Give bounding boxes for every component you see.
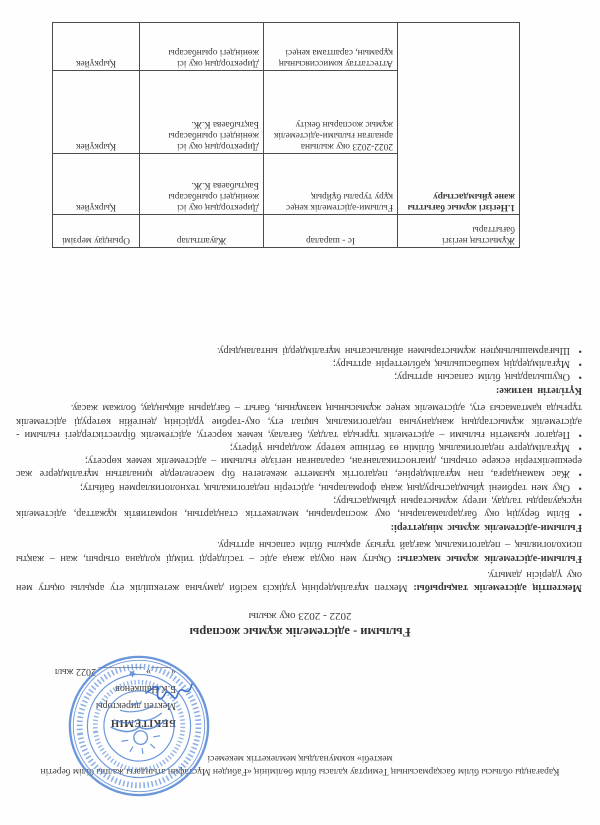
responsible-cell: Директордың оқу ісі жөніндегі орынбасары… <box>140 71 264 154</box>
document-title: Ғылыми - әдістемелік жұмыс жоспары <box>0 624 600 639</box>
task-item: •Жас мамандарға, пән мұғалімдеріне, педа… <box>16 454 582 480</box>
task-item: •Білім берудің оқу бағдарламаларын, оқу … <box>16 494 582 520</box>
bullet-icon: • <box>570 357 582 370</box>
tasks-heading: Ғылыми-әдістемелік жұмыс міндеттері: <box>16 521 582 534</box>
outcomes-heading: Күтілетін нәтиже: <box>16 384 582 397</box>
document-body: Мектептің әдістемелік тақырыбы: Мектеп м… <box>16 343 582 594</box>
bullet-icon: • <box>570 441 582 454</box>
table-header-activities: Іс - шаралар <box>264 215 398 248</box>
scanned-document-sheet: Қарағанды облысы білім басқармасының Тем… <box>0 0 600 825</box>
term-cell: Қыркүйек <box>53 71 140 154</box>
bullet-icon: • <box>570 343 582 356</box>
term-cell: Қыркүйек <box>53 154 140 215</box>
bullet-icon: • <box>570 467 582 480</box>
goal-label: Ғылыми-әдістемелік жұмыс мақсаты: <box>397 553 582 564</box>
outcome-item: •Оқушылардың білім сапасын арттыру; <box>16 370 582 383</box>
outcome-item: •Шығармашылықпен жұмыстарымен айналысаты… <box>16 343 582 356</box>
goal-paragraph: Ғылыми-әдістемелік жұмыс мақсаты: Оқыту … <box>16 538 582 564</box>
tasks-list: •Білім берудің оқу бағдарламаларын, оқу … <box>16 401 582 520</box>
bullet-icon: • <box>570 480 582 493</box>
bullet-icon: • <box>570 428 582 441</box>
activity-cell: Ғылыми-әдістемелік кеңес құру туралы бұй… <box>264 154 398 215</box>
task-item: •Оқу мен тәрбиені ұйымдастырудың жаңа фо… <box>16 480 582 493</box>
bullet-icon: • <box>570 370 582 383</box>
table-header-responsible: Жауаптылар <box>140 215 264 248</box>
bullet-icon: • <box>570 507 582 520</box>
official-round-stamp-icon <box>57 644 222 809</box>
document-subtitle: 2022 - 2023 оқу жылы <box>0 610 600 622</box>
task-item: •Мұғалімдерге педагогикалық білімін өз б… <box>16 441 582 454</box>
theme-paragraph: Мектептің әдістемелік тақырыбы: Мектеп м… <box>16 568 582 594</box>
outcomes-list: •Оқушылардың білім сапасын арттыру; •Мұғ… <box>16 343 582 383</box>
activity-cell: 2022-2023 оқу жылына арналған ғылыми-әді… <box>264 71 398 154</box>
responsible-cell: Директордың оқу ісі жөніндегі орынбасары <box>140 23 264 71</box>
theme-label: Мектептің әдістемелік тақырыбы: <box>413 582 582 593</box>
activity-cell: Аттестаттау комиссиясының құрамын, сарап… <box>264 23 398 71</box>
table-header-term: Орындау мерзімі <box>53 215 140 248</box>
term-cell: Қыркүйек <box>53 23 140 71</box>
responsible-cell: Директордың оқу ісі жөніндегі орынбасары… <box>140 154 264 215</box>
outcome-item: •Мұғалімдердің көшбасшылық қабілеттерін … <box>16 357 582 370</box>
table-header-directions: Жұмыстың негізгі бағыттары <box>398 215 520 248</box>
table-row: 1.Негізгі жұмыс бағытты және ұйымдастыру… <box>53 154 520 215</box>
table-header-row: Жұмыстың негізгі бағыттары Іс - шаралар … <box>53 215 520 248</box>
section-cell: 1.Негізгі жұмыс бағытты және ұйымдастыру <box>398 23 520 215</box>
task-item: •Педагог қызметін ғылыми – әдістемелік т… <box>16 401 582 441</box>
work-plan-table: Жұмыстың негізгі бағыттары Іс - шаралар … <box>52 22 520 248</box>
